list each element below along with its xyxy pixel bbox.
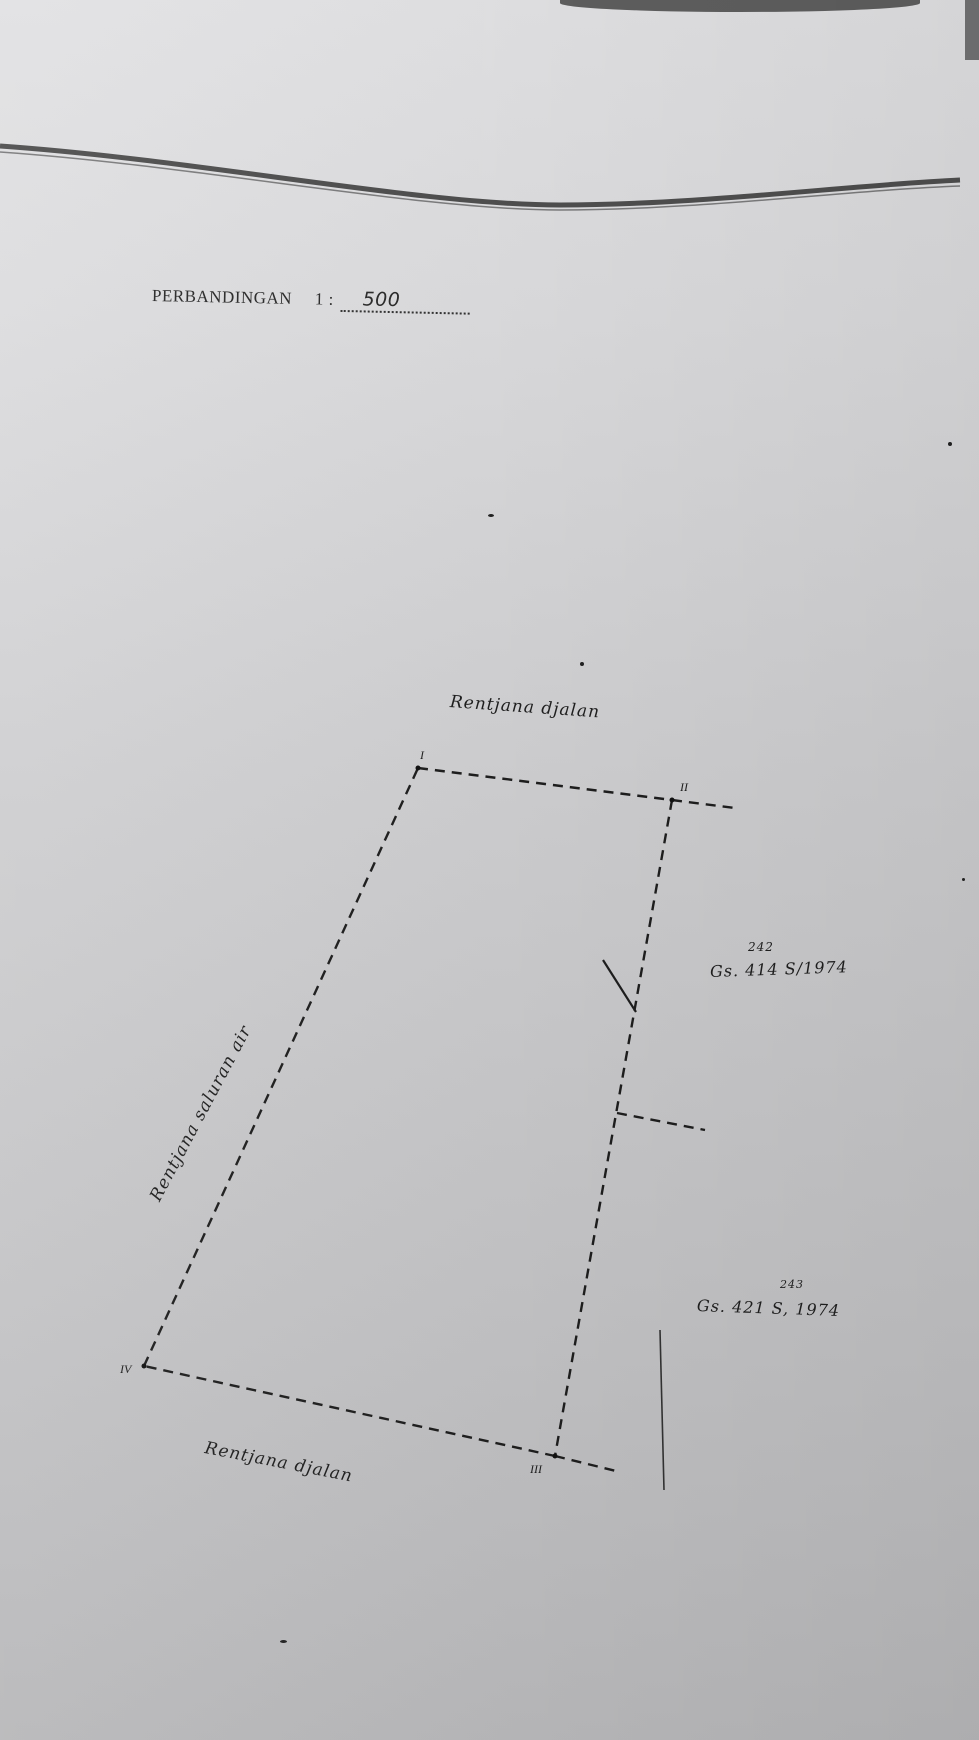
pencil-mark — [660, 1330, 664, 1490]
corner-label-IV: IV — [120, 1362, 131, 1377]
survey-drawing — [0, 0, 979, 1740]
neighbor-1-number: 242 — [748, 940, 774, 954]
scale-label: PERBANDINGAN — [152, 286, 292, 308]
boundary-IV-I — [144, 768, 418, 1366]
scale-ratio-prefix: 1 : — [315, 289, 334, 308]
scale-value: 500 — [340, 288, 470, 315]
ink-speck — [280, 1640, 287, 1643]
corner-label-III: III — [530, 1462, 542, 1477]
neighbor-divider — [617, 1113, 705, 1130]
neighbor-2-number: 243 — [780, 1278, 804, 1291]
ink-speck — [580, 662, 584, 666]
corner-label-I: I — [420, 748, 424, 763]
parcel-boundary — [144, 768, 735, 1472]
ink-speck — [962, 878, 965, 881]
boundary-II-III — [555, 800, 672, 1456]
corner-label-II: II — [680, 780, 688, 795]
boundary-I-II — [418, 768, 672, 800]
ink-speck — [488, 514, 494, 517]
neighbor-tick — [603, 960, 636, 1012]
ink-speck — [948, 442, 952, 446]
scanned-document-page: PERBANDINGAN 1 : 500 Rentjana djalan Ren… — [0, 0, 979, 1740]
